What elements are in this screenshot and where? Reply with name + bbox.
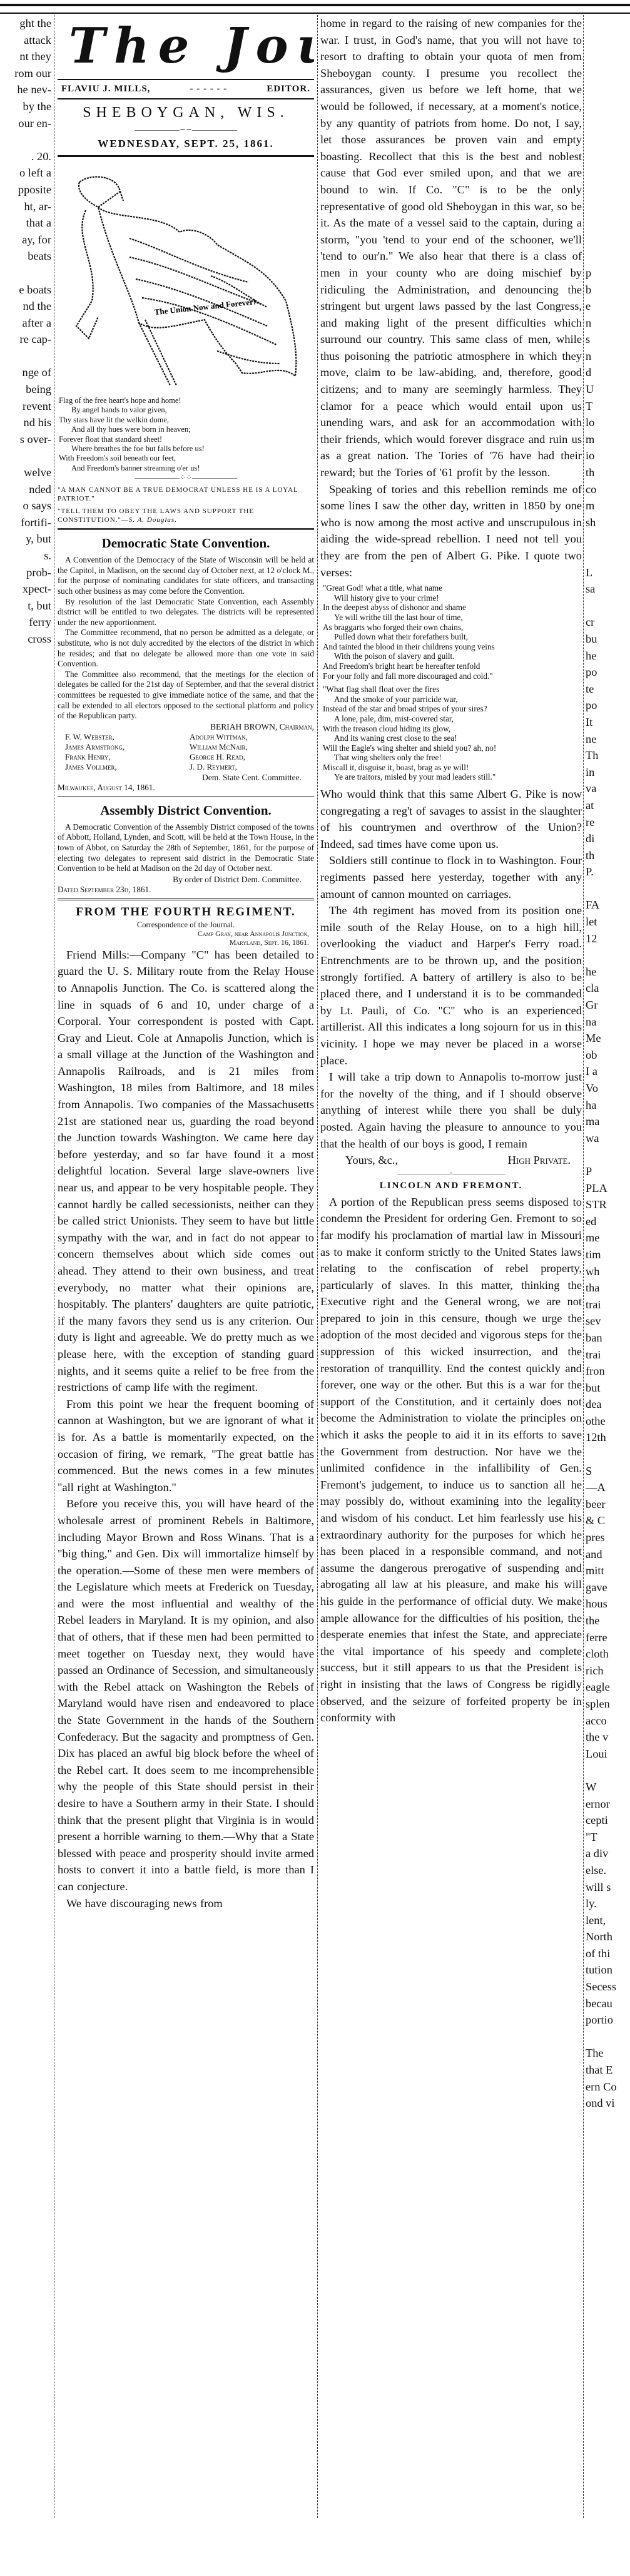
fragment-line: cloth [586, 1646, 630, 1662]
fragment-line: ha [586, 1097, 630, 1114]
fragment-line [586, 232, 630, 248]
fragment-line: welve [0, 464, 51, 481]
verse-line: With the treason cloud hiding its glow, [323, 724, 582, 734]
fragment-line: in [586, 764, 630, 781]
fragment-line [586, 65, 630, 82]
fragment-line: rich [586, 1662, 630, 1679]
letter-paragraph: Soldiers still continue to flock in to W… [320, 852, 582, 902]
fragment-line: wh [586, 1263, 630, 1280]
fragment-line: tim [586, 1246, 630, 1263]
fragment-line: y, but [0, 531, 51, 547]
fragment-line: beats [0, 248, 51, 265]
poem-line: By angel hands to valor given, [59, 405, 314, 415]
fragment-line [586, 32, 630, 49]
letter-paragraph: The 4th regiment has moved from its posi… [320, 902, 582, 1069]
page-top-rule [0, 4, 630, 14]
poem-line: Thy stars have lit the welkin dome, [59, 415, 314, 425]
fragment-line: It [586, 714, 630, 731]
fragment-line: portio [586, 2012, 630, 2029]
fragment-line [586, 547, 630, 564]
issue-date: WEDNESDAY, SEPT. 25, 1861. [58, 134, 314, 154]
fragment-line [586, 81, 630, 98]
fragment-line: nt they [0, 48, 51, 65]
fragment-line [586, 947, 630, 964]
fragment-line [586, 115, 630, 132]
fragment-line: Vo [586, 1080, 630, 1097]
fragment-line: he [586, 648, 630, 664]
regiment-letter-subheading: Correspondence of the Journal. [58, 920, 314, 929]
fragment-line: STR [586, 1196, 630, 1213]
fragment-line: m [586, 431, 630, 448]
pike-verse-1: "Great God! what a title, what nameWill … [323, 583, 582, 681]
fragment-line: ht, ar- [0, 198, 51, 215]
fragment-line: ed [586, 1213, 630, 1230]
fragment-line [586, 181, 630, 198]
fragment-line: that E [586, 2062, 630, 2079]
fragment-line: ferry [0, 614, 51, 631]
verse-line: For your folly and fall more discouraged… [323, 671, 582, 681]
ornament-rule: ———————◦——————— [320, 1169, 582, 1178]
fragment-line: me [586, 1229, 630, 1246]
committee-member: George H. Read, [190, 752, 314, 762]
fragment-line: tha [586, 1280, 630, 1296]
state-convention-heading: Democratic State Convention. [58, 534, 314, 552]
regiment-letter-conclusion: Who would think that this same Albert G.… [320, 786, 582, 1152]
fragment-line [586, 148, 630, 165]
fragment-line [586, 48, 630, 65]
fragment-line [586, 598, 630, 614]
committee-name: Dem. State Cent. Committee. [58, 772, 314, 783]
state-convention-body: A Convention of the Democracy of the Sta… [58, 555, 314, 721]
fragment-line: pres [586, 1529, 630, 1546]
fragment-line: na [586, 1014, 630, 1031]
fragment-line: t, but [0, 598, 51, 614]
right-column-fragment: pbensndUTlomiothcomsh Lsa crbuhepotepoIt… [586, 15, 630, 2112]
fragment-line: sh [586, 514, 630, 531]
column-divider [583, 15, 584, 2518]
fragment-line: else. [586, 1862, 630, 1879]
verse-line: And tainted the blood in their childrens… [323, 642, 582, 652]
fragment-line: —A [586, 1479, 630, 1496]
fragment-line: nded [0, 481, 51, 498]
poem-line: And Freedom's banner streaming o'er us! [59, 464, 314, 473]
letter-paragraph: I will take a trip down to Annapolis to-… [320, 1069, 582, 1152]
verse-line: Instead of the star and broad stripes of… [323, 704, 582, 714]
verse-line: Will the Eagle's wing shelter and shield… [323, 743, 582, 753]
fragment-line [586, 15, 630, 32]
letter-closing: Yours, &c., High Private. [320, 1152, 582, 1169]
fragment-line: mitt [586, 1562, 630, 1579]
letter-paragraph: We have discouraging news from [58, 1895, 314, 1912]
fragment-line: Gr [586, 997, 630, 1014]
fragment-line: splen [586, 1696, 630, 1713]
regiment-letter-continued: home in regard to the raising of new com… [320, 15, 582, 581]
pike-verse-2: "What flag shall float over the firesAnd… [323, 685, 582, 782]
fragment-line: e [586, 298, 630, 315]
fragment-line: ay, for [0, 232, 51, 248]
fragment-line: FA [586, 897, 630, 914]
fragment-line: L [586, 564, 630, 581]
fragment-line: re [586, 814, 630, 831]
fragment-line: cross [0, 631, 51, 648]
committee-member: James Vollmer, [65, 762, 190, 772]
verse-line: That wing shelters only the free! [323, 753, 582, 763]
letter-paragraph: Before you receive this, you will have h… [58, 1495, 314, 1895]
motto-loyal-patriot: "A MAN CANNOT BE A TRUE DEMOCRAT UNLESS … [58, 486, 314, 503]
fragment-line: cr [586, 614, 630, 631]
fragment-line: othe [586, 1413, 630, 1430]
convention-paragraph: The Committee recommend, that no person … [58, 628, 314, 669]
district-convention-body: A Democratic Convention of the Assembly … [58, 822, 314, 874]
fragment-line [586, 880, 630, 897]
fragment-line: b [586, 282, 630, 298]
fragment-line: at [586, 797, 630, 814]
fragment-line: trai [586, 1296, 630, 1313]
fragment-line: beer [586, 1496, 630, 1513]
section-rule [58, 797, 314, 797]
fragment-line: tution [586, 1962, 630, 1978]
fragment-line: that a [0, 215, 51, 232]
fragment-line: te [586, 681, 630, 698]
verse-line: And the smoke of your parricide war, [323, 695, 582, 705]
fragment-line: by the [0, 98, 51, 115]
committee-member: J. D. Reymert, [190, 762, 314, 772]
fragment-line: sev [586, 1313, 630, 1330]
fragment-line: our en- [0, 115, 51, 132]
fragment-line: Th [586, 747, 630, 764]
left-column-fragment: ght theattacknt theyrom ourhe nev-by the… [0, 15, 51, 648]
fragment-line [0, 265, 51, 282]
fragment-line: the [586, 1612, 630, 1629]
fragment-line [586, 1146, 630, 1163]
fragment-line [586, 165, 630, 181]
verse-line: And Freedom's bright heart be hereafter … [323, 661, 582, 671]
fragment-line: ferre [586, 1629, 630, 1646]
fragment-line: nd the [0, 298, 51, 315]
verse-line: Will history give to your crime! [323, 593, 582, 603]
fragment-line: U [586, 381, 630, 398]
fragment-line: bu [586, 631, 630, 648]
fragment-line: ond vi [586, 2095, 630, 2112]
poem-line: Forever float that standard sheet! [59, 435, 314, 444]
fragment-line: ght the [0, 15, 51, 32]
fragment-line: ne [586, 731, 630, 748]
fragment-line: of thi [586, 1945, 630, 1962]
fragment-line [586, 198, 630, 215]
fragment-line: d [586, 364, 630, 381]
fragment-line [0, 131, 51, 148]
editor-dashes: - - - - - - [190, 84, 228, 94]
fragment-line: becau [586, 1995, 630, 2012]
convention-dateline: Milwaukee, August 14, 1861. [58, 783, 314, 793]
fragment-line: after a [0, 315, 51, 332]
newspaper-title: The Journal [69, 15, 314, 78]
main-column: The Journal FLAVIU J. MILLS, - - - - - -… [58, 15, 314, 1912]
second-column: home in regard to the raising of new com… [320, 15, 582, 1726]
fragment-line: prob- [0, 564, 51, 581]
poem-line: And all thy hues were born in heaven; [59, 425, 314, 434]
fragment-line: re cap- [0, 331, 51, 348]
fragment-line: ob [586, 1047, 630, 1064]
committee-member: Frank Henry, [65, 752, 190, 762]
committee-member: James Armstrong, [65, 742, 190, 752]
poem-line: With Freedom's soil beneath our feet, [59, 454, 314, 463]
masthead: The Journal FLAVIU J. MILLS, - - - - - -… [58, 15, 314, 157]
fragment-line: and [586, 1546, 630, 1563]
ornament-rule: ——————∽∽—————— [58, 125, 314, 134]
closing-salutation: Yours, &c., [345, 1152, 398, 1169]
fragment-line [0, 447, 51, 464]
letter-paragraph: Speaking of tories and this rebellion re… [320, 481, 582, 581]
camp-dateline-1: Camp Gray, near Annapolis Junction, [58, 929, 314, 938]
fragment-line: po [586, 697, 630, 714]
letter-paragraph: home in regard to the raising of new com… [320, 15, 582, 481]
fragment-line: lent, [586, 1912, 630, 1929]
fragment-line: "T [586, 1829, 630, 1846]
fragment-line: . 20. [0, 148, 51, 165]
fragment-line: PLA [586, 1180, 630, 1197]
fragment-line: let [586, 914, 630, 930]
fragment-line: being [0, 381, 51, 398]
fragment-line: eagle [586, 1679, 630, 1696]
regiment-letter-heading: FROM THE FOURTH REGIMENT. [58, 904, 314, 920]
fragment-line: trai [586, 1347, 630, 1363]
fragment-line: lo [586, 414, 630, 431]
verse-line: A lone, pale, dim, mist-covered star, [323, 714, 582, 724]
verse-line: Ye are traitors, misled by your mad lead… [323, 772, 582, 782]
convention-paragraph: A Convention of the Democracy of the Sta… [58, 555, 314, 596]
editor-name: FLAVIU J. MILLS, [61, 84, 150, 94]
fragment-line: acco [586, 1713, 630, 1729]
convention-chairman: BERIAH BROWN, Chairman, [58, 721, 314, 732]
fragment-line: rom our [0, 65, 51, 82]
verse-line: And its waning crest close to the sea! [323, 733, 582, 743]
fragment-line [586, 215, 630, 232]
fragment-line: ern Co [586, 2079, 630, 2095]
fragment-line: n [586, 348, 630, 365]
fragment-line: s over- [0, 431, 51, 448]
fragment-line: th [586, 847, 630, 864]
verse-line: In the deepest abyss of dishonor and sha… [323, 603, 582, 613]
district-convention-heading: Assembly District Convention. [58, 801, 314, 820]
verse-line: "What flag shall float over the fires [323, 685, 582, 695]
fragment-line: T [586, 398, 630, 415]
fragment-line: attack [0, 32, 51, 49]
fragment-line: cla [586, 980, 630, 997]
fragment-line: di [586, 830, 630, 847]
editor-line: FLAVIU J. MILLS, - - - - - - EDITOR. [58, 81, 314, 97]
fragment-line: o left a [0, 165, 51, 181]
camp-dateline-2: Maryland, Sept. 16, 1861. [58, 938, 314, 947]
verse-line: Miscall it, disguise it, boast, brag as … [323, 763, 582, 773]
letter-paragraph: Who would think that this same Albert G.… [320, 786, 582, 852]
fragment-line [0, 348, 51, 365]
committee-member: Adolph Wittman, [190, 732, 314, 742]
section-rule [58, 899, 314, 900]
fragment-line: po [586, 664, 630, 681]
fragment-line [586, 2029, 630, 2045]
district-dateline: Dated September 23d, 1861. [58, 885, 314, 895]
regiment-letter-body: Friend Mills:—Company "C" has been detai… [58, 947, 314, 1912]
fragment-line: North [586, 1928, 630, 1945]
letter-paragraph: Friend Mills:—Company "C" has been detai… [58, 947, 314, 1396]
ornament-rule: ——————⁘⁘—————— [58, 473, 314, 482]
editor-label: EDITOR. [267, 84, 310, 94]
fragment-line: io [586, 447, 630, 464]
fragment-line: ernor [586, 1796, 630, 1813]
section-rule [58, 528, 314, 530]
fragment-line: S [586, 1463, 630, 1480]
letter-signature: High Private. [508, 1152, 571, 1169]
fragment-line: ma [586, 1113, 630, 1130]
fragment-line [586, 248, 630, 265]
fragment-line: W [586, 1779, 630, 1796]
verse-line: Ye will writhe till the last hour of tim… [323, 613, 582, 623]
fragment-line: nd his [0, 414, 51, 431]
fragment-line: Me [586, 1030, 630, 1047]
fragment-line: 12 [586, 930, 630, 947]
motto-obey-laws: "TELL THEM TO OBEY THE LAWS AND SUPPORT … [58, 507, 314, 524]
lincoln-fremont-body: A portion of the Republican press seems … [320, 1194, 582, 1726]
fragment-line: n [586, 315, 630, 332]
poem-line: Flag of the free heart's hope and home! [59, 396, 314, 405]
fragment-line: nge of [0, 364, 51, 381]
fragment-line: a div [586, 1845, 630, 1862]
district-order: By order of District Dem. Committee. [58, 874, 314, 885]
verse-line: "Great God! what a title, what name [323, 583, 582, 593]
committee-member: William McNair, [190, 742, 314, 752]
fragment-line: th [586, 464, 630, 481]
fragment-line: fortifi- [0, 514, 51, 531]
fragment-line [586, 1446, 630, 1463]
verse-line: With the poison of slavery and guilt. [323, 651, 582, 661]
fragment-line: Loui [586, 1746, 630, 1763]
convention-paragraph: By resolution of the last Democratic Sta… [58, 597, 314, 628]
fragment-line: Secess [586, 1978, 630, 1995]
committee-member: F. W. Webster, [65, 732, 190, 742]
fragment-line: o says [0, 497, 51, 514]
fragment-line: co [586, 481, 630, 498]
column-divider [317, 15, 318, 2518]
fragment-line: xpect- [0, 581, 51, 598]
fragment-line [586, 131, 630, 148]
fragment-line: revent [0, 398, 51, 415]
fragment-line: will s [586, 1879, 630, 1896]
fragment-line: cepti [586, 1812, 630, 1829]
fragment-line: dea [586, 1396, 630, 1413]
verse-line: Pulled down what their forefathers built… [323, 632, 582, 642]
fragment-line: s. [0, 547, 51, 564]
fragment-line: P [586, 1163, 630, 1180]
fragment-line: ban [586, 1330, 630, 1347]
city-line: SHEBOYGAN, WIS. [58, 101, 314, 125]
fragment-line: he [586, 964, 630, 980]
poem-line: Where breathes the foe but falls before … [59, 444, 314, 454]
fragment-line: he nev- [0, 81, 51, 98]
fragment-line: p [586, 265, 630, 282]
fragment-line: P. [586, 863, 630, 880]
fragment-line [586, 531, 630, 547]
letter-paragraph: From this point we hear the frequent boo… [58, 1396, 314, 1496]
fragment-line: The [586, 2045, 630, 2062]
fragment-line: m [586, 497, 630, 514]
flag-poem: Flag of the free heart's hope and home!B… [59, 396, 314, 473]
fragment-line [586, 1762, 630, 1779]
fragment-line: 12th [586, 1429, 630, 1446]
lincoln-fremont-heading: LINCOLN AND FREMONT. [320, 1178, 582, 1194]
fragment-line: gave [586, 1579, 630, 1596]
union-flag-engraving-icon: The Union Now and Forever! [61, 163, 311, 395]
fragment-line: the v [586, 1729, 630, 1746]
fragment-line: wa [586, 1130, 630, 1147]
verse-line: As braggarts who forged their own chains… [323, 623, 582, 633]
fragment-line: I a [586, 1063, 630, 1080]
fragment-line: but [586, 1380, 630, 1397]
fragment-line: ly. [586, 1895, 630, 1912]
convention-paragraph: The Committee also recommend, that the m… [58, 669, 314, 721]
fragment-line: hous [586, 1596, 630, 1612]
column-divider [54, 15, 54, 2518]
fragment-line: s [586, 331, 630, 348]
fragment-line: & C [586, 1512, 630, 1529]
committee-members: F. W. Webster,Adolph Wittman,James Armst… [58, 732, 314, 772]
fragment-line: fron [586, 1363, 630, 1380]
fragment-line: sa [586, 581, 630, 598]
fragment-line: pposite [0, 181, 51, 198]
fragment-line: e boats [0, 282, 51, 298]
fragment-line: va [586, 780, 630, 797]
fragment-line [586, 98, 630, 115]
